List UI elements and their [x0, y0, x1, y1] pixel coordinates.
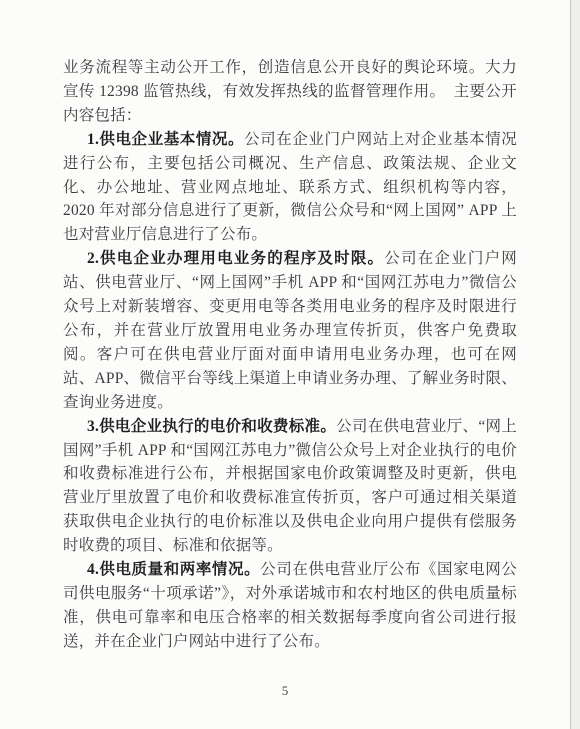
page-number: 5: [0, 683, 570, 699]
paragraph-lead: 4.供电质量和两率情况。: [87, 561, 260, 578]
document-page: 业务流程等主动公开工作，创造信息公开良好的舆论环境。大力宣传 12398 监管热…: [0, 0, 571, 729]
paragraph-lead: 2.供电企业办理用电业务的程序及时限。: [87, 250, 384, 267]
paragraph: 4.供电质量和两率情况。公司在供电营业厅公布《国家电网公司供电服务“十项承诺”》…: [63, 558, 517, 654]
paragraph: 业务流程等主动公开工作，创造信息公开良好的舆论环境。大力宣传 12398 监管热…: [63, 56, 517, 128]
page-content: 业务流程等主动公开工作，创造信息公开良好的舆论环境。大力宣传 12398 监管热…: [0, 0, 570, 654]
paragraph-text: 公司在供电营业厅、“网上国网”手机 APP 和“国网江苏电力”微信公众号上对企业…: [63, 418, 517, 555]
paragraph: 2.供电企业办理用电业务的程序及时限。公司在企业门户网站、供电营业厅、“网上国网…: [63, 247, 517, 414]
paragraph-text: 业务流程等主动公开工作，创造信息公开良好的舆论环境。大力宣传 12398 监管热…: [63, 59, 517, 124]
paragraph-lead: 1.供电企业基本情况。: [87, 131, 244, 148]
paragraph: 3.供电企业执行的电价和收费标准。公司在供电营业厅、“网上国网”手机 APP 和…: [63, 415, 517, 558]
paragraph: 1.供电企业基本情况。公司在企业门户网站上对企业基本情况进行公布，主要包括公司概…: [63, 128, 517, 248]
paragraph-lead: 3.供电企业执行的电价和收费标准。: [87, 418, 336, 435]
paragraph-text: 公司在企业门户网站、供电营业厅、“网上国网”手机 APP 和“国网江苏电力”微信…: [63, 250, 517, 410]
